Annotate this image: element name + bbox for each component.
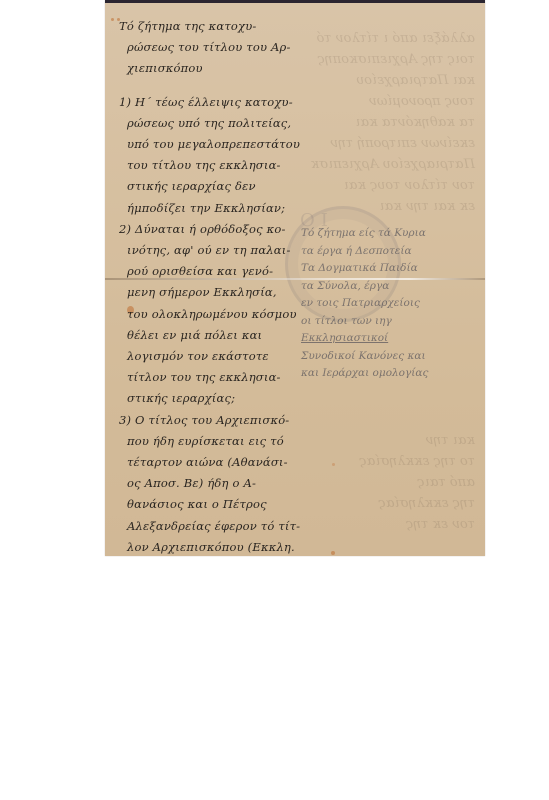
item-2-line: στικής ιεραρχίας;	[119, 388, 315, 409]
document-viewer: αλλάξει από ι τίτλον τό τοις της Αρχιεπι…	[0, 0, 549, 800]
item-1-line: ήμποδίζει την Εκκλησίαν;	[119, 198, 315, 219]
heading-line: χιεπισκόπου	[119, 58, 315, 79]
pencil-line: Τό ζήτημα είς τά Κυρια	[301, 225, 485, 243]
item-3-line: θανάσιος και ο Πέτρος	[119, 494, 315, 515]
item-1-line: του τίτλου της εκκλησια-	[119, 155, 315, 176]
heading-line: Τό ζήτημα της κατοχυ-	[119, 16, 315, 37]
pencil-line: και Ιεράρχαι ομολογίας	[301, 365, 485, 383]
item-1-line: ρώσεως υπό της πολιτείας,	[119, 113, 315, 134]
pencil-line: οι τίτλοι των ιηγ	[301, 313, 485, 331]
scanned-page: αλλάξει από ι τίτλον τό τοις της Αρχιεπι…	[105, 0, 485, 556]
item-1-line: στικής ιεραρχίας δεν	[119, 176, 315, 197]
item-3-line: τέταρτον αιώνα (Αθανάσι-	[119, 452, 315, 473]
handwritten-main-text: Τό ζήτημα της κατοχυ- ρώσεως του τίτλου …	[119, 16, 315, 556]
item-1-line: υπό του μεγαλοπρεπεστάτου	[119, 134, 315, 155]
item-2-line: τίτλον του της εκκλησια-	[119, 367, 315, 388]
item-3-line: λον Αρχιεπισκόπου (Εκκλη.	[119, 537, 315, 556]
pencil-line: Τα Δογματικά Παιδία	[301, 260, 485, 278]
scan-edge-strip	[105, 0, 485, 3]
item-2-line: μενη σήμερον Εκκλησία,	[119, 282, 315, 303]
pencil-line: Εκκλησιαστικοί	[301, 330, 485, 348]
item-2-line: ινότης, αφ' ού εν τη παλαι-	[119, 240, 315, 261]
rust-stain	[332, 463, 335, 466]
pencil-line: εν τοις Πατριαρχείοις	[301, 295, 485, 313]
item-2-line: λογισμόν τον εκάστοτε	[119, 346, 315, 367]
item-3-line: ος Αποσ. Βε) ήδη ο Α-	[119, 473, 315, 494]
item-2-line: του ολοκληρωμένου κόσμου	[119, 304, 315, 325]
item-1-line: 1) Η΄ τέως έλλειψις κατοχυ-	[119, 92, 315, 113]
item-3-line: Αλεξανδρείας έφερον τό τίτ-	[119, 516, 315, 537]
pencil-line: Συνοδικοί Κανόνες και	[301, 348, 485, 366]
item-3-line: που ήδη ευρίσκεται εις τό	[119, 431, 315, 452]
item-2-line: 2) Δύναται ή ορθόδοξος κο-	[119, 219, 315, 240]
item-3-line: 3) Ο τίτλος του Αρχιεπισκό-	[119, 410, 315, 431]
pencil-annotation: Τό ζήτημα είς τά Κυρια τα έργα ή Δεσποτε…	[301, 225, 485, 383]
rust-stain	[331, 551, 335, 555]
pencil-line: τα Σύνολα, έργα	[301, 278, 485, 296]
item-2-line: θέλει εν μιά πόλει και	[119, 325, 315, 346]
rust-stain	[111, 18, 114, 21]
heading-line: ρώσεως του τίτλου του Αρ-	[119, 37, 315, 58]
pencil-line: τα έργα ή Δεσποτεία	[301, 243, 485, 261]
item-2-line: ρού ορισθείσα και γενό-	[119, 261, 315, 282]
